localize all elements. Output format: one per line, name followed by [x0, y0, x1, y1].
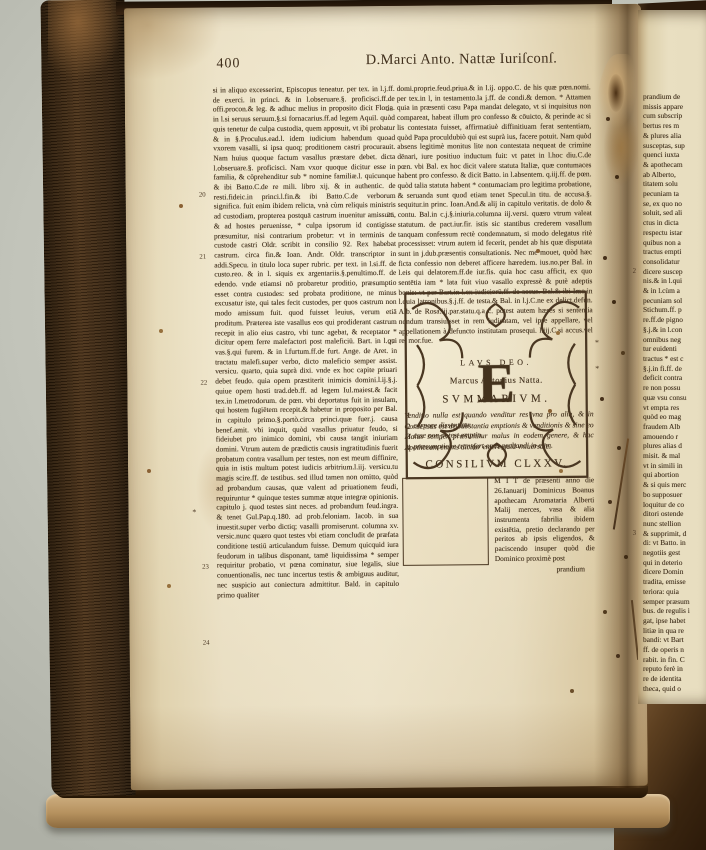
- partial-text-line: bo supposuer: [643, 490, 706, 500]
- partial-text-line: bandi: vt Bart: [643, 635, 706, 645]
- margin-line-number: 3: [627, 530, 636, 537]
- partial-text-line: di: vt Batto. in: [643, 538, 706, 548]
- partial-text-line: ff. de operis n: [643, 645, 706, 655]
- partial-text-line: quòd eo mag: [643, 412, 706, 422]
- margin-asterisks: ***: [124, 4, 648, 790]
- partial-text-line: fraudem Alb: [643, 422, 706, 432]
- partial-text-line: qui in deterio: [643, 558, 706, 568]
- partial-text-line: soluit, sed ali: [643, 208, 706, 218]
- partial-text-line: gat, ipse habet: [643, 616, 706, 626]
- right-page-partial: prandium demissis apparecum subscripbert…: [638, 10, 706, 704]
- partial-text-line: respectu istar: [643, 228, 706, 238]
- partial-text-line: quibus non a: [643, 238, 706, 248]
- partial-text-line: deficit contra: [643, 373, 706, 383]
- partial-text-line: quæ vsu consu: [643, 393, 706, 403]
- book-cover-bottom-edge: [46, 794, 670, 828]
- partial-text-line: titatem solu: [643, 179, 706, 189]
- partial-text-line: vt in simili in: [643, 461, 706, 471]
- partial-text-line: re de identita: [643, 674, 706, 684]
- partial-text-line: missis appare: [643, 102, 706, 112]
- partial-text-line: semper præsum: [643, 597, 706, 607]
- partial-text-line: §.j.in fi.ff. de: [643, 364, 706, 374]
- partial-text-line: litiæ in qua re: [643, 626, 706, 636]
- partial-text-line: re non possu: [643, 383, 706, 393]
- partial-text-line: prandium de: [643, 92, 706, 102]
- partial-text-line: consolidatur: [643, 257, 706, 267]
- partial-text-line: tur euidenti: [643, 344, 706, 354]
- partial-text-line: negotiis gest: [643, 548, 706, 558]
- foxing-specks: [0, 0, 2, 2]
- book-fore-edge-pages: [40, 0, 135, 797]
- partial-text-line: Stichum.ff. p: [643, 305, 706, 315]
- left-page: 400 D.Marci Anto. Nattæ Iuriſconſ. si in…: [124, 4, 648, 790]
- partial-text-line: tractus empti: [643, 247, 706, 257]
- partial-text-line: qui abortion: [643, 470, 706, 480]
- photograph-of-open-antique-book: 400 D.Marci Anto. Nattæ Iuriſconſ. si in…: [0, 0, 706, 850]
- partial-text-line: ditori ostende: [643, 509, 706, 519]
- partial-text-line: & apothecam: [643, 160, 706, 170]
- partial-text-line: nunc stellion: [643, 519, 706, 529]
- partial-margin-numbers: 23: [627, 10, 638, 704]
- partial-text-line: §.j.& in l.con: [643, 325, 706, 335]
- partial-text-line: re.ff.de pigno: [643, 315, 706, 325]
- partial-text-line: tractus * est c: [643, 354, 706, 364]
- gutter-tear-hole: [608, 74, 624, 112]
- fore-edge-highlight: [48, 0, 134, 110]
- partial-text-line: dicere suscep: [643, 267, 706, 277]
- partial-text-line: rabit. in fin. C: [643, 655, 706, 665]
- partial-text-line: ctus in dicta: [643, 218, 706, 228]
- partial-text-line: susceptas, sup: [643, 141, 706, 151]
- partial-text-line: tradita, emisse: [643, 577, 706, 587]
- partial-text-line: nis.& in l.qui: [643, 276, 706, 286]
- partial-text-line: ab Alberto,: [643, 170, 706, 180]
- partial-text-line: se, ex quo no: [643, 199, 706, 209]
- partial-text-line: vt empta res: [643, 403, 706, 413]
- partial-text-line: & si quis merc: [643, 480, 706, 490]
- partial-text-line: cum subscrip: [643, 111, 706, 121]
- partial-text-line: & in l.cùm a: [643, 286, 706, 296]
- partial-text-line: dicere Domin: [643, 567, 706, 577]
- partial-text-line: misit. & mal: [643, 451, 706, 461]
- partial-text-line: bus. de regulis i: [643, 606, 706, 616]
- partial-text-line: omnibus neg: [643, 335, 706, 345]
- partial-text-line: amouendo r: [643, 432, 706, 442]
- partial-text-line: teriora: quia: [643, 587, 706, 597]
- partial-text-line: loquitur de co: [643, 500, 706, 510]
- partial-text-line: reputo ferè in: [643, 664, 706, 674]
- partial-text-line: bertus res m: [643, 121, 706, 131]
- margin-line-number: 2: [627, 268, 636, 275]
- partial-text-line: pecuniam ta: [643, 189, 706, 199]
- partial-text-line: plures alias d: [643, 441, 706, 451]
- partial-text-line: quenci iuxta: [643, 150, 706, 160]
- partial-text-line: theca, quid o: [643, 684, 706, 694]
- partial-text-line: pecuniam sol: [643, 296, 706, 306]
- partial-text-line: & supprimit, d: [643, 529, 706, 539]
- partial-text-column: prandium demissis apparecum subscripbert…: [643, 92, 706, 698]
- partial-text-line: & plures alia: [643, 131, 706, 141]
- margin-asterisk: *: [192, 508, 196, 517]
